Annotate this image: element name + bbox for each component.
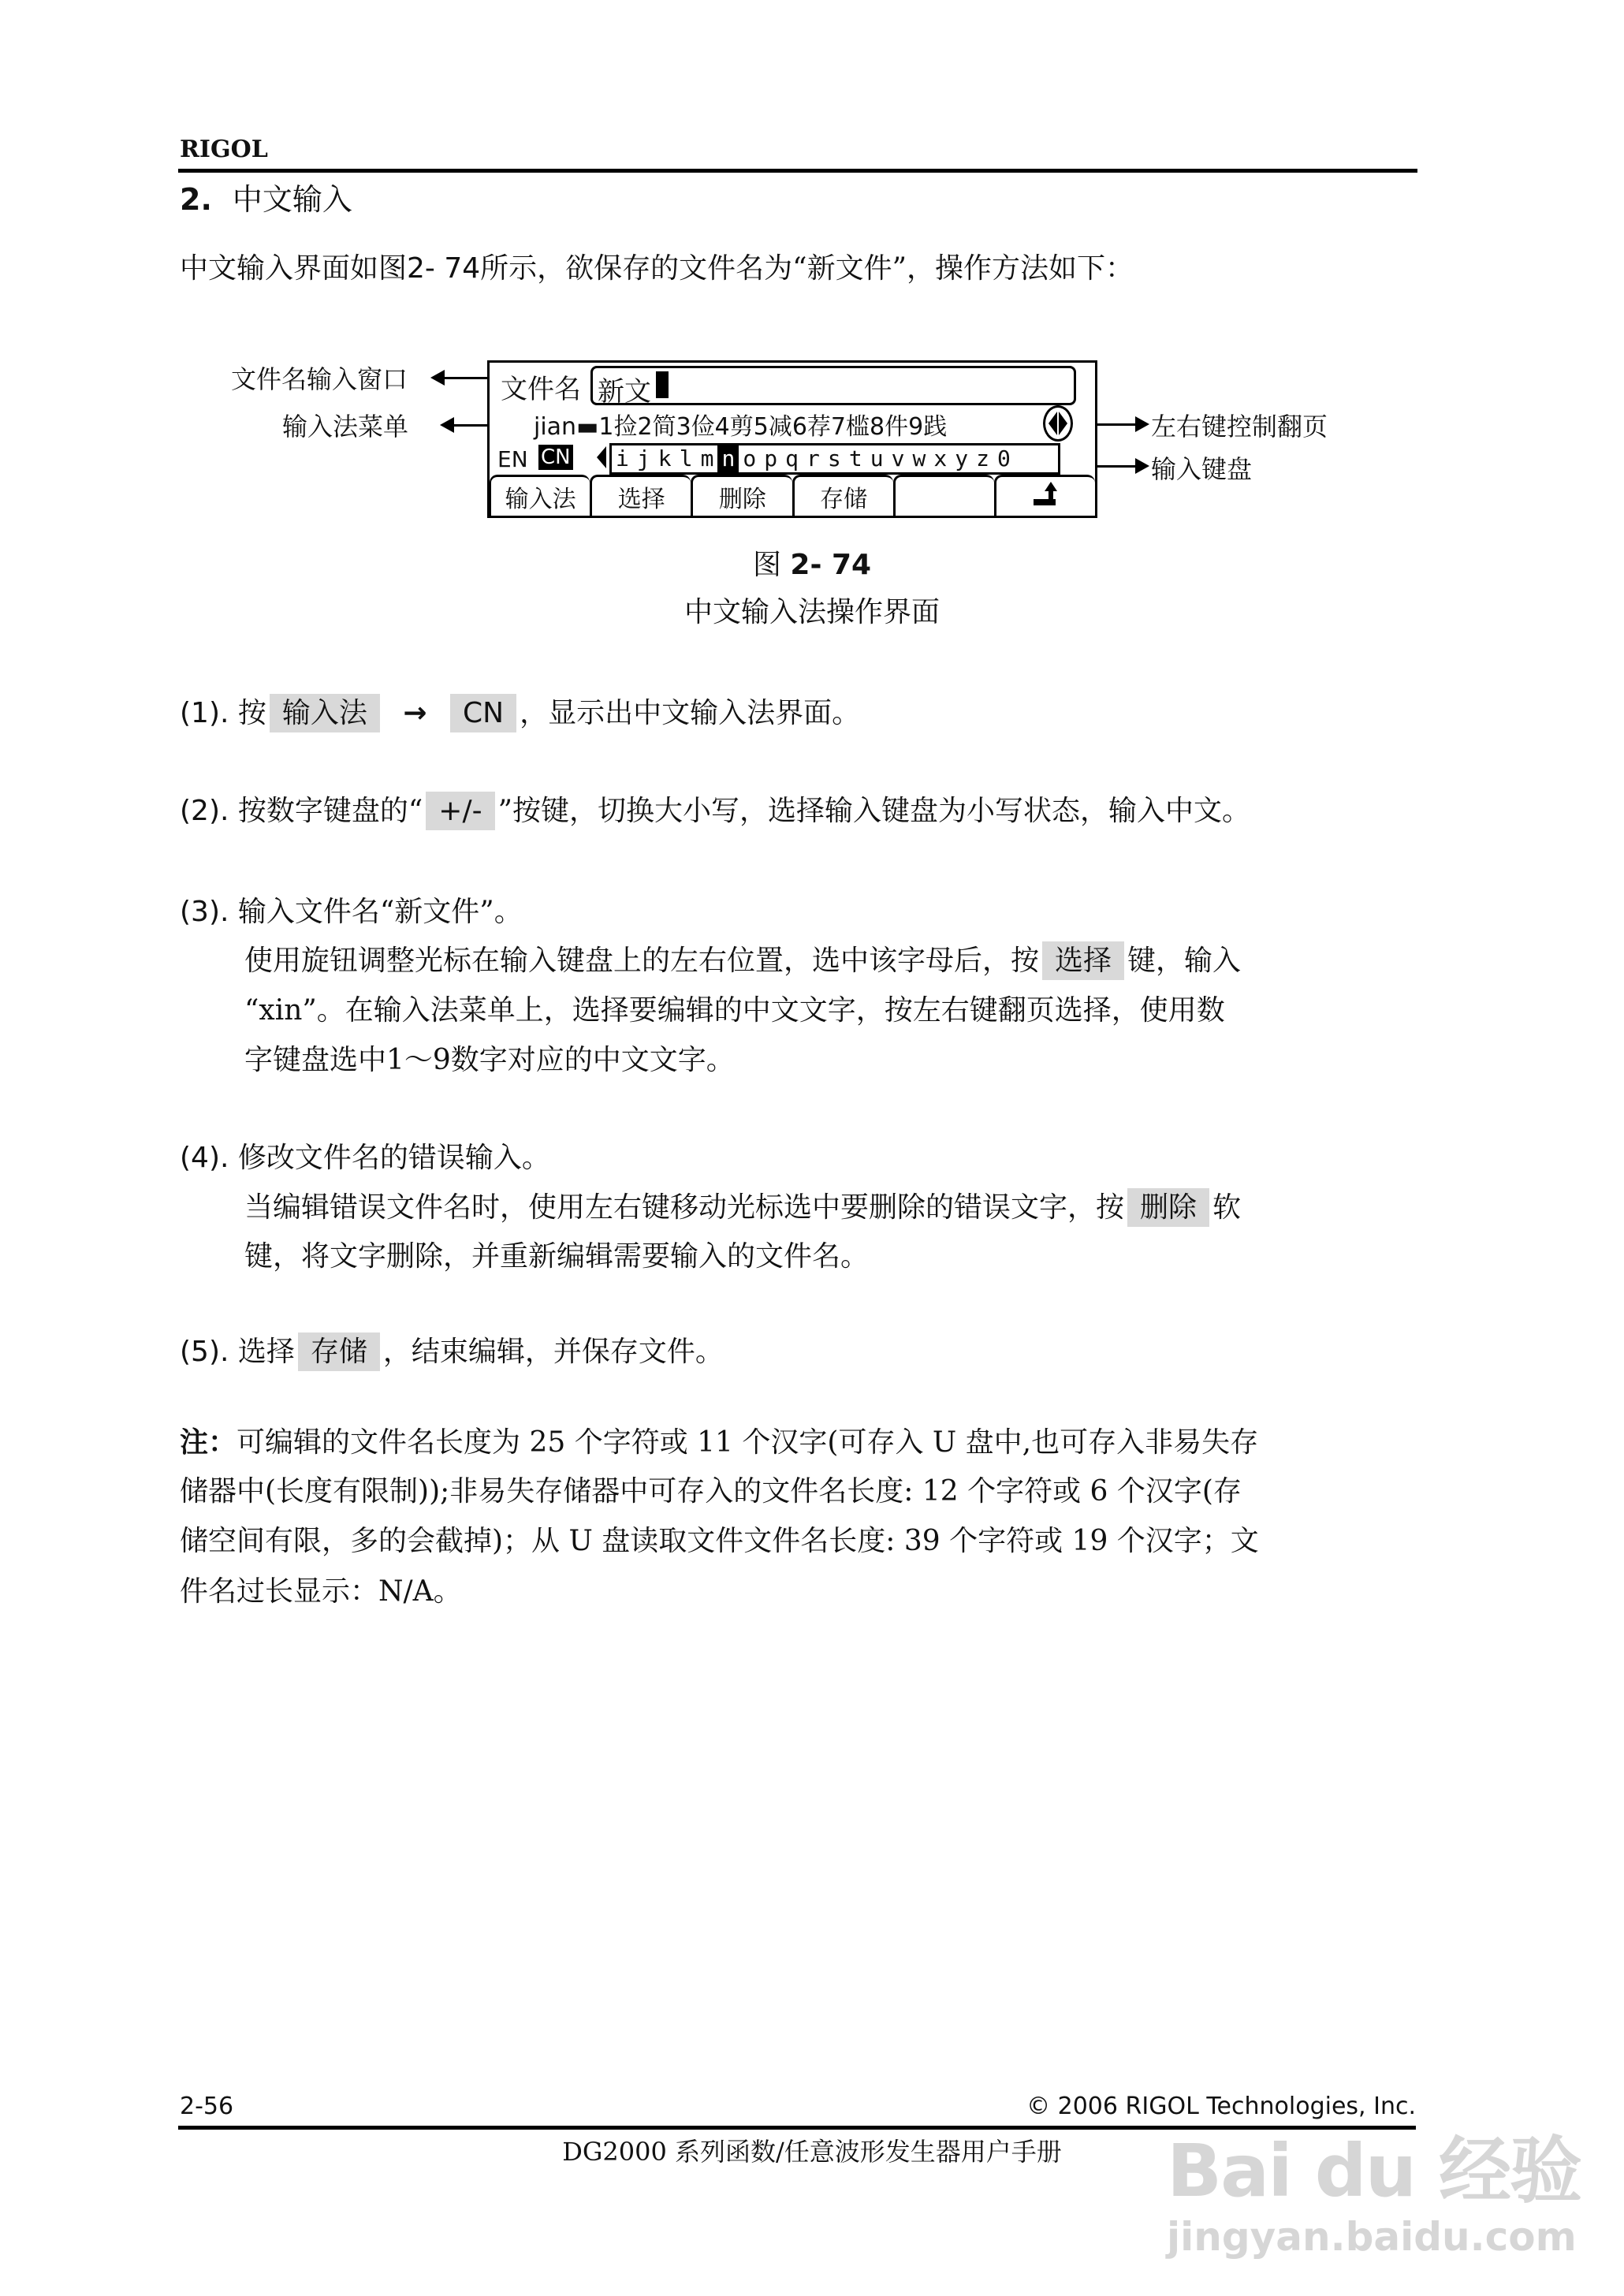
- step-3-line-3: 字键盘选中1～9数字对应的中文文字。: [244, 1038, 735, 1078]
- section-title: 2.中文输入: [180, 175, 352, 218]
- key[interactable]: p: [760, 445, 781, 472]
- key[interactable]: 0: [993, 445, 1015, 472]
- key[interactable]: z: [972, 445, 993, 472]
- softkey-select[interactable]: 选择: [590, 475, 691, 516]
- note-line-2: 储器中(长度有限制));非易失存储器中可存入的文件名长度: 12 个字符或 6 …: [180, 1469, 1242, 1509]
- brand-logo: RIGOL: [180, 136, 268, 163]
- lcd-screen: 文件名 新文 jian▬1捡2简3俭4剪5减6荐7槛8件9践 EN CN ijk…: [487, 360, 1097, 518]
- figure-reference: 2- 74: [407, 252, 480, 285]
- section-number: 2.: [180, 182, 212, 217]
- filename-value: 新文: [598, 370, 651, 408]
- key[interactable]: j: [633, 445, 654, 472]
- step-text: 键，输入: [1127, 945, 1241, 977]
- callout-ime-menu: 输入法菜单: [282, 407, 408, 443]
- text-cursor: [656, 371, 669, 398]
- figure-caption-title: 中文输入法操作界面: [0, 590, 1624, 630]
- key[interactable]: v: [888, 445, 909, 472]
- step-text: ，结束编辑，并保存文件。: [383, 1336, 724, 1368]
- step-text: 按: [238, 697, 266, 729]
- figure-caption-number: 图 2- 74: [0, 542, 1624, 583]
- header-rule: [178, 169, 1417, 173]
- arrow-right-icon: [1096, 465, 1137, 468]
- caption-number: 2- 74: [790, 549, 871, 581]
- key-cn: CN: [450, 694, 516, 732]
- intro-paragraph: 中文输入界面如图2- 74所示，欲保存的文件名为“新文件”，操作方法如下：: [180, 246, 1134, 286]
- return-arrow-icon: [1034, 488, 1057, 505]
- step-1: (1). 按输入法 → CN，显示出中文输入法界面。: [180, 691, 860, 731]
- step-index: (5).: [180, 1336, 229, 1368]
- key[interactable]: y: [951, 445, 972, 472]
- callout-keyboard: 输入键盘: [1151, 449, 1252, 486]
- note-line-1: 注：可编辑的文件名长度为 25 个字符或 11 个汉字(可存入 U 盘中,也可存…: [180, 1420, 1258, 1460]
- mode-cn-selected[interactable]: CN: [538, 445, 573, 470]
- watermark-logo: Bai du 经验: [1167, 2113, 1581, 2217]
- input-keyboard[interactable]: ijklmnopqrstuvwxyz0: [609, 443, 1060, 475]
- step-text: 使用旋钮调整光标在输入键盘上的左右位置，选中该字母后，按: [244, 945, 1039, 977]
- step-text: 选择: [238, 1336, 295, 1368]
- step-index: (2).: [180, 795, 229, 827]
- step-text: ，显示出中文输入法界面。: [520, 697, 860, 729]
- step-3-line-1: 使用旋钮调整光标在输入键盘上的左右位置，选中该字母后，按选择键，输入: [244, 938, 1241, 978]
- callout-filename-window: 文件名输入窗口: [231, 360, 408, 396]
- softkey-delete[interactable]: 删除: [691, 475, 792, 516]
- key[interactable]: s: [824, 445, 845, 472]
- step-text: 按数字键盘的“: [238, 795, 423, 827]
- key[interactable]: r: [803, 445, 824, 472]
- ime-candidate-menu[interactable]: jian▬1捡2简3俭4剪5减6荐7槛8件9践: [534, 407, 947, 442]
- key[interactable]: w: [908, 445, 929, 472]
- key[interactable]: u: [866, 445, 888, 472]
- key-input-method: 输入法: [270, 694, 380, 732]
- note-line-4: 件名过长显示：N/A。: [180, 1569, 462, 1609]
- key[interactable]: i: [612, 445, 633, 472]
- step-index: (1).: [180, 697, 229, 729]
- note-label: 注：: [180, 1426, 237, 1459]
- step-3-line-2: “xin”。在输入法菜单上，选择要编辑的中文文字，按左右键翻页选择，使用数: [244, 988, 1225, 1028]
- step-index: (3).: [180, 896, 229, 928]
- note-line-3: 储空间有限，多的会截掉)；从 U 盘读取文件文件名长度: 39 个字符或 19 …: [180, 1519, 1259, 1559]
- softkey-input-method[interactable]: 输入法: [490, 475, 590, 516]
- key[interactable]: x: [929, 445, 951, 472]
- key[interactable]: t: [845, 445, 866, 472]
- arrow-left-icon: [443, 377, 489, 379]
- watermark-url: jingyan.baidu.com: [1167, 2214, 1581, 2260]
- step-text: 软: [1212, 1191, 1241, 1224]
- step-4-line-1: 当编辑错误文件名时，使用左右键移动光标选中要删除的错误文字，按删除软: [244, 1185, 1241, 1225]
- step-title: 修改文件名的错误输入。: [238, 1142, 550, 1174]
- key-save: 存储: [298, 1332, 380, 1371]
- softkey-bar: 输入法 选择 删除 存储: [490, 475, 1095, 516]
- note-text: 可编辑的文件名长度为 25 个字符或 11 个汉字(可存入 U 盘中,也可存入非…: [237, 1426, 1258, 1459]
- key[interactable]: q: [781, 445, 803, 472]
- key[interactable]: k: [654, 445, 676, 472]
- step-index: (4).: [180, 1142, 229, 1174]
- step-2: (2). 按数字键盘的“+/-”按键，切换大小写，选择输入键盘为小写状态，输入中…: [180, 788, 1250, 829]
- arrow-right-icon: →: [403, 697, 426, 729]
- mode-en[interactable]: EN: [497, 446, 528, 472]
- callout-page-control: 左右键控制翻页: [1151, 407, 1328, 443]
- key-select: 选择: [1042, 941, 1124, 980]
- softkey-return[interactable]: [994, 475, 1095, 516]
- section-title-text: 中文输入: [233, 182, 352, 217]
- key[interactable]: l: [676, 445, 697, 472]
- intro-text-rest: 所示，欲保存的文件名为“新文件”，操作方法如下：: [480, 252, 1134, 285]
- key[interactable]: o: [739, 445, 760, 472]
- step-3: (3). 输入文件名“新文件”。: [180, 889, 523, 930]
- softkey-save[interactable]: 存储: [792, 475, 893, 516]
- key-delete: 删除: [1127, 1188, 1209, 1227]
- softkey-empty[interactable]: [893, 475, 994, 516]
- step-4: (4). 修改文件名的错误输入。: [180, 1135, 550, 1176]
- keyboard-scroll-left-icon[interactable]: [597, 446, 606, 468]
- step-5: (5). 选择存储，结束编辑，并保存文件。: [180, 1329, 724, 1370]
- filename-input[interactable]: 新文: [590, 366, 1076, 405]
- page-left-right-icon[interactable]: [1043, 405, 1073, 442]
- key-plus-minus: +/-: [426, 792, 494, 830]
- step-title: 输入文件名“新文件”。: [238, 896, 523, 928]
- baidu-watermark: Bai du 经验 jingyan.baidu.com: [1167, 2113, 1581, 2260]
- step-text: 当编辑错误文件名时，使用左右键移动光标选中要删除的错误文字，按: [244, 1191, 1124, 1224]
- page-number: 2-56: [180, 2093, 233, 2120]
- caption-prefix: 图: [753, 549, 781, 581]
- step-4-line-2: 键，将文字删除，并重新编辑需要输入的文件名。: [244, 1234, 869, 1274]
- intro-text: 中文输入界面如图: [180, 252, 407, 285]
- filename-label: 文件名: [501, 367, 581, 406]
- step-text: ”按键，切换大小写，选择输入键盘为小写状态，输入中文。: [498, 795, 1250, 827]
- key[interactable]: m: [697, 445, 718, 472]
- key-selected[interactable]: n: [717, 445, 739, 472]
